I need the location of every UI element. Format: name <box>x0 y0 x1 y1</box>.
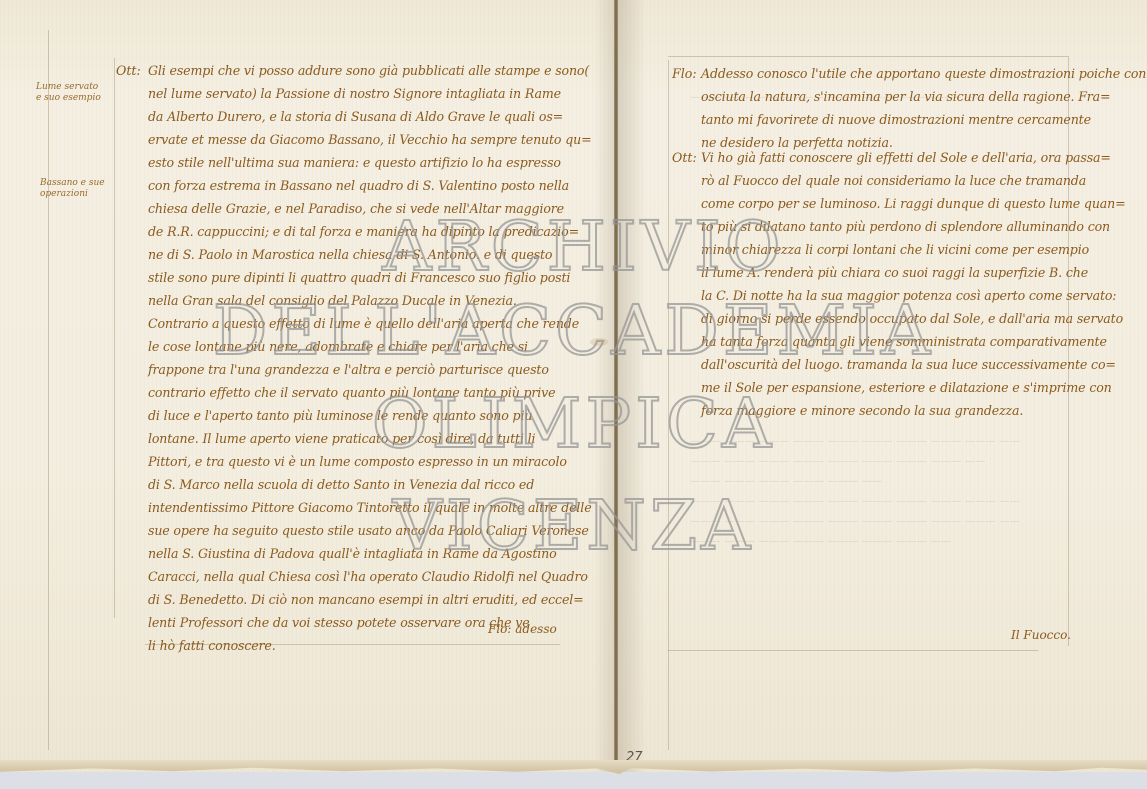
text-line: Gli esempi che vi posso addure sono già … <box>148 63 589 78</box>
right-margin-rule <box>1068 56 1069 646</box>
speaker-label: Ott: <box>672 150 697 165</box>
bleed-through-text: ——— ——— ——— ——— ——— ——— ——— ——— ——— —— <box>690 516 1020 527</box>
text-line: con forza estrema in Bassano nel quadro … <box>148 178 569 193</box>
text-line: Addesso conosco l'utile che apportano qu… <box>701 66 1147 81</box>
left-page: Lume servato e suo esempio Bassano e sue… <box>0 0 616 772</box>
text-margin-rule <box>114 58 115 618</box>
margin-rule <box>48 30 49 750</box>
text-line: forza maggiore e minore secondo la sua g… <box>701 403 1023 418</box>
text-line: di giorno si perde essendo occupato dal … <box>701 311 1123 326</box>
text-line: chiesa delle Grazie, e nel Paradiso, che… <box>148 201 564 216</box>
text-line: nella Gran sala del consiglio del Palazz… <box>148 293 517 308</box>
catchword-left: Flo: adesso <box>488 622 557 636</box>
text-line: da Alberto Durero, e la storia di Susana… <box>148 109 563 124</box>
speaker-label: Flo: <box>672 66 697 81</box>
marginal-line: Lume servato <box>36 82 101 93</box>
bottom-rule <box>668 650 1038 651</box>
bleed-through-text: ——— ——— ——— ——— ——— ——— ——— ——— ——— —— <box>690 496 1020 507</box>
margin-rule <box>668 60 669 750</box>
marginal-line: operazioni <box>40 189 105 200</box>
text-line: ha tanta forza quanta gli viene somminis… <box>701 334 1107 349</box>
text-line: Pittori, e tra questo vi è un lume compo… <box>148 454 567 469</box>
text-line: come corpo per se luminoso. Li raggi dun… <box>701 196 1126 211</box>
text-line: li hò fatti conoscere. <box>148 638 276 653</box>
text-line: dall'oscurità del luogo. tramanda la sua… <box>701 357 1116 372</box>
text-line: me il Sole per espansione, esteriore e d… <box>701 380 1112 395</box>
top-rule <box>668 56 1068 57</box>
text-line: lontane. Il lume aperto viene praticato … <box>148 431 535 446</box>
speaker-label: Ott: <box>116 63 141 78</box>
text-line: stile sono pure dipinti li quattro quadr… <box>148 270 570 285</box>
text-line: frappone tra l'una grandezza e l'altra e… <box>148 362 549 377</box>
text-line: ne desidero la perfetta notizia. <box>701 135 893 150</box>
marginal-line: Bassano e sue <box>40 178 105 189</box>
text-line: esto stile nell'ultima sua maniera: e qu… <box>148 155 561 170</box>
paper-stain <box>590 338 608 346</box>
text-line: ne di S. Paolo in Marostica nella chiesa… <box>148 247 552 262</box>
text-line: di S. Marco nella scuola di detto Santo … <box>148 477 534 492</box>
marginal-note-1: Lume servato e suo esempio <box>36 82 101 104</box>
text-line: intendentissimo Pittore Giacomo Tintoret… <box>148 500 592 515</box>
text-line: il lume A. renderà più chiara co suoi ra… <box>701 265 1088 280</box>
text-line: di luce e l'aperto tanto più luminose le… <box>148 408 532 423</box>
bleed-through-text: ——— ——— ——— ——— ——— —— <box>690 476 883 487</box>
text-line: Vi ho già fatti conoscere gli effetti de… <box>701 150 1111 165</box>
text-line: de R.R. cappuccini; e di tal forza e man… <box>148 224 579 239</box>
text-line: lenti Professori che da voi stesso potet… <box>148 615 530 630</box>
text-line: Contrario a questo effetto di lume è que… <box>148 316 579 331</box>
text-line: ervate et messe da Giacomo Bassano, il V… <box>148 132 592 147</box>
text-line: contrario effetto che il servato quanto … <box>148 385 555 400</box>
text-line: le cose lontane più nere, adombrate e ch… <box>148 339 528 354</box>
text-line: Caracci, nella qual Chiesa così l'ha ope… <box>148 569 588 584</box>
marginal-note-2: Bassano e sue operazioni <box>40 178 105 200</box>
text-line: nella S. Giustina di Padova quall'è inta… <box>148 546 557 561</box>
catchword-right: Il Fuocco. <box>1011 628 1071 642</box>
text-line: di S. Benedetto. Di ciò non mancano esem… <box>148 592 584 607</box>
text-line: minor chiarezza li corpi lontani che li … <box>701 242 1089 257</box>
text-line: sue opere ha seguito questo stile usato … <box>148 523 589 538</box>
right-page: ——— ——— ——— ——— ——— ——— ——— ——— —— ——— —… <box>618 0 1147 772</box>
text-line: osciuta la natura, s'incamina per la via… <box>701 89 1110 104</box>
text-line: to più si dilatano tanto più perdono di … <box>701 219 1110 234</box>
manuscript-spread: Lume servato e suo esempio Bassano e sue… <box>0 0 1147 772</box>
text-line: rò al Fuocco del quale noi consideriamo … <box>701 173 1086 188</box>
text-line: nel lume servato) la Passione di nostro … <box>148 86 561 101</box>
text-line: tanto mi favorirete di nuove dimostrazio… <box>701 112 1091 127</box>
text-line: la C. Di notte ha la sua maggior potenza… <box>701 288 1116 303</box>
bleed-through-text: ——— ——— ——— ——— ——— ——— ——— —— <box>690 536 951 547</box>
bleed-through-text: ——— ——— ——— ——— ——— ——— ——— ——— —— <box>690 456 986 467</box>
marginal-line: e suo esempio <box>36 93 101 104</box>
bleed-through-text: ——— ——— ——— ——— ——— ——— ——— ——— ——— —— <box>690 436 1020 447</box>
